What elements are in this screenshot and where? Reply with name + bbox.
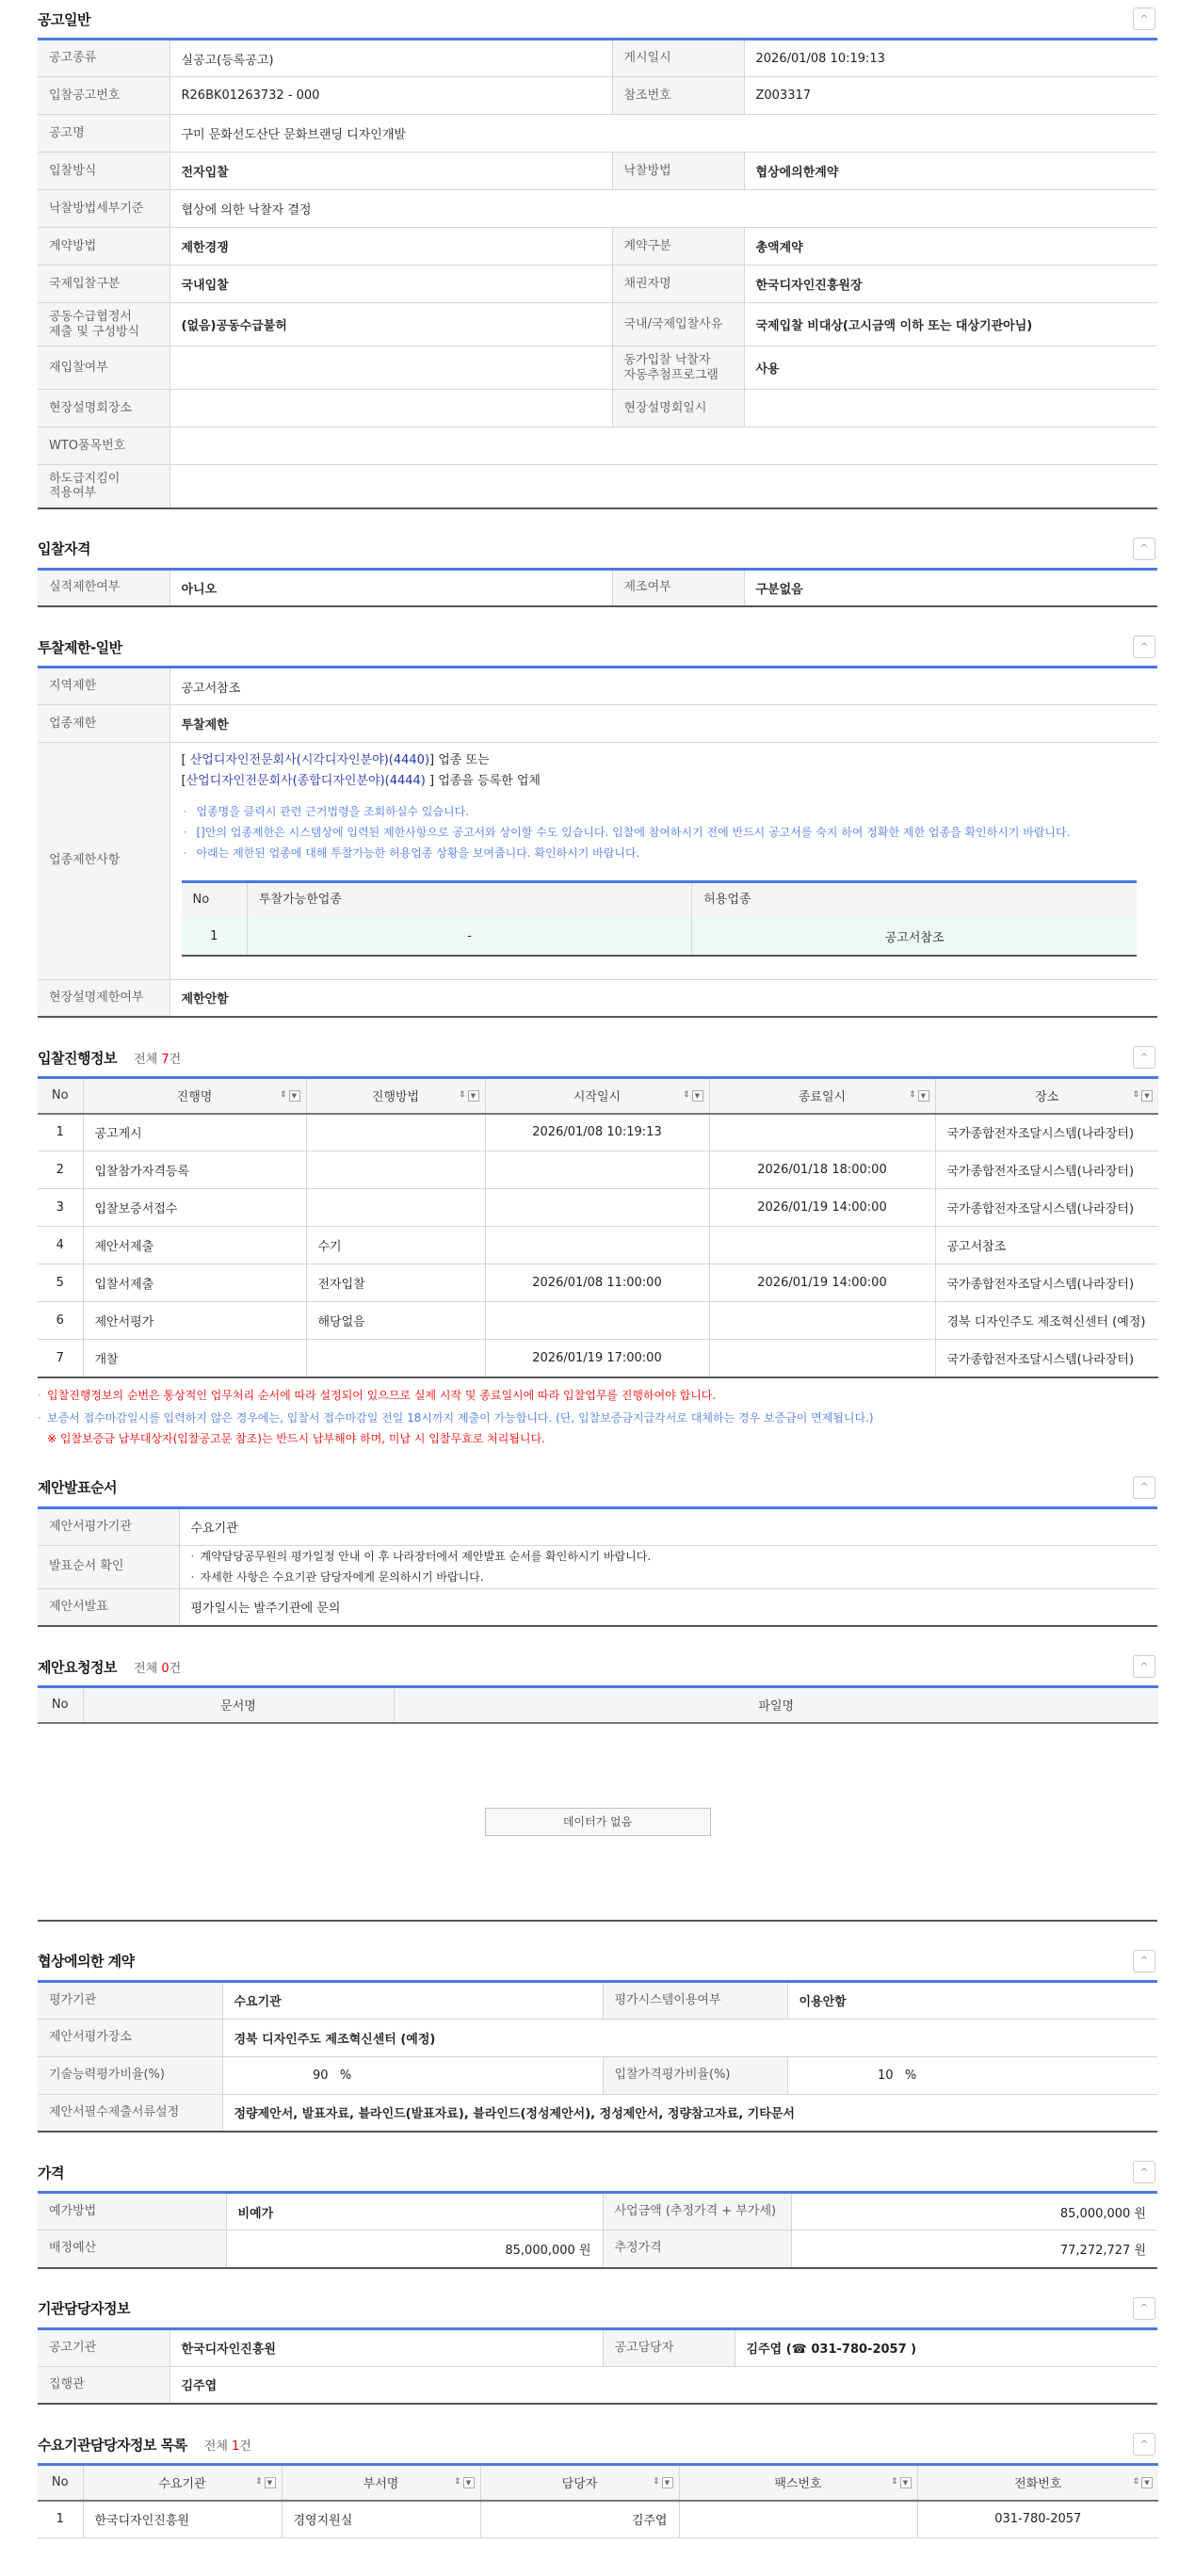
total-count: 전체 7건 bbox=[134, 1053, 181, 1067]
industry-link-4440[interactable]: 산업디자인전문회사(시각디자인분야)(4440) bbox=[190, 753, 429, 767]
info-row: 현장설명회장소현장설명회일시 bbox=[38, 390, 1157, 427]
collapse-toggle-button[interactable]: ^ bbox=[1133, 1476, 1155, 1499]
field-value: 구분없음 bbox=[744, 569, 1157, 606]
field-value: 수요기관 bbox=[222, 1981, 603, 2019]
table-cell: 7 bbox=[38, 1340, 83, 1377]
sort-icon[interactable]: ⇕ bbox=[683, 1091, 690, 1100]
section-progress: 입찰진행정보 전체 7건 ^ No진행명⇕▼진행방법⇕▼시작일시⇕▼종료일시⇕▼… bbox=[38, 1038, 1157, 1448]
sort-icon[interactable]: ⇕ bbox=[909, 1091, 916, 1100]
table-cell: 국가종합전자조달시스템(나라장터) bbox=[935, 1114, 1158, 1151]
sort-icon[interactable]: ⇕ bbox=[891, 2478, 898, 2487]
table-cell: 2026/01/08 10:19:13 bbox=[485, 1114, 709, 1151]
section-title: 가격 bbox=[38, 2163, 64, 2182]
field-value: 투찰제한 bbox=[170, 705, 1157, 743]
field-value: 사용 bbox=[744, 346, 1157, 390]
field-value: 수요기관 bbox=[179, 1507, 1157, 1545]
table-row: 1 - 공고서참조 bbox=[182, 918, 1138, 956]
column-header[interactable]: 장소⇕▼ bbox=[935, 1078, 1158, 1114]
field-label: 채권자명 bbox=[612, 266, 744, 303]
field-value: 이용안함 bbox=[787, 1981, 1157, 2019]
table-cell bbox=[306, 1114, 485, 1151]
field-label: 제안서평가기관 bbox=[38, 1507, 179, 1545]
field-value: 제한경쟁 bbox=[170, 228, 612, 266]
field-label: 입찰가격평가비율(%) bbox=[603, 2056, 787, 2094]
note-item: 업종명을 클릭시 관련 근거법령을 조회하실수 있습니다. bbox=[182, 801, 1147, 822]
field-label: 입찰공고번호 bbox=[38, 77, 170, 115]
field-label: 하도급지킴이 적용여부 bbox=[38, 465, 170, 508]
price-ratio-value: 10 bbox=[799, 2069, 894, 2083]
table-cell: 2026/01/18 18:00:00 bbox=[709, 1151, 935, 1189]
info-row: 하도급지킴이 적용여부 bbox=[38, 465, 1157, 508]
column-header: No bbox=[38, 1687, 83, 1723]
table-cell: 해당없음 bbox=[306, 1302, 485, 1340]
general-info-table: 공고종류실공고(등록공고)게시일시2026/01/08 10:19:13입찰공고… bbox=[38, 38, 1157, 509]
field-label: 계약방법 bbox=[38, 228, 170, 266]
column-header[interactable]: 수요기관⇕▼ bbox=[83, 2465, 282, 2501]
sort-controls[interactable]: ⇕▼ bbox=[454, 2477, 475, 2488]
filter-dropdown-icon[interactable]: ▼ bbox=[1141, 1090, 1153, 1102]
field-label: 발표순서 확인 bbox=[38, 1545, 179, 1588]
collapse-toggle-button[interactable]: ^ bbox=[1133, 1655, 1155, 1678]
industry-text: ] 업종을 등록한 업체 bbox=[426, 774, 541, 788]
table-cell: 수기 bbox=[306, 1227, 485, 1264]
info-row: 재입찰여부동가입찰 낙찰자 자동추첨프로그램사용 bbox=[38, 346, 1157, 390]
field-label: 입찰방식 bbox=[38, 153, 170, 190]
collapse-toggle-button[interactable]: ^ bbox=[1133, 1950, 1155, 1972]
chevron-up-icon: ^ bbox=[1140, 2439, 1148, 2450]
sort-controls[interactable]: ⇕▼ bbox=[1132, 1090, 1153, 1102]
warning-deposit: ※ 입찰보증금 납부대상자(입찰공고문 참조)는 반드시 납부해야 하며, 미납… bbox=[38, 1429, 1157, 1448]
filter-dropdown-icon[interactable]: ▼ bbox=[468, 1090, 479, 1102]
sort-controls[interactable]: ⇕▼ bbox=[683, 1090, 703, 1102]
empty-state-message: 데이터가 없음 bbox=[485, 1808, 711, 1836]
field-value bbox=[170, 427, 1157, 465]
section-presentation: 제안발표순서 ^ 제안서평가기관 수요기관 발표순서 확인 계약담당공무원의 평… bbox=[38, 1469, 1157, 1628]
field-value: 김주엽 (☎ 031-780-2057 ) bbox=[735, 2328, 1157, 2366]
chevron-up-icon: ^ bbox=[1140, 14, 1148, 24]
field-value: 실공고(등록공고) bbox=[170, 40, 612, 77]
field-label: 평가기관 bbox=[38, 1981, 222, 2019]
chevron-up-icon: ^ bbox=[1140, 1956, 1148, 1966]
sort-icon[interactable]: ⇕ bbox=[1132, 1091, 1139, 1100]
table-cell bbox=[485, 1189, 709, 1227]
table-row: 7개찰2026/01/19 17:00:00국가종합전자조달시스템(나라장터) bbox=[38, 1340, 1158, 1377]
allowed-industry-table: No 투찰가능한업종 허용업종 1 - 공고서참조 bbox=[182, 880, 1138, 957]
table-cell: 공고게시 bbox=[83, 1114, 306, 1151]
unit: % bbox=[905, 2069, 916, 2083]
table-cell: 2026/01/19 14:00:00 bbox=[709, 1264, 935, 1302]
collapse-toggle-button[interactable]: ^ bbox=[1133, 2297, 1155, 2320]
note-item: 계약담당공무원의 평가일정 안내 이 후 나라장터에서 제안발표 순서를 확인하… bbox=[191, 1546, 1147, 1567]
field-value: 85,000,000 원 bbox=[226, 2230, 603, 2268]
industry-text: ] 업종 또는 bbox=[429, 753, 490, 767]
column-header[interactable]: 전화번호⇕▼ bbox=[917, 2465, 1158, 2501]
section-qualification: 입찰자격 ^ 실적제한여부 아니오 제조여부 구분없음 bbox=[38, 530, 1157, 608]
sort-controls[interactable]: ⇕▼ bbox=[653, 2477, 673, 2488]
sort-controls[interactable]: ⇕▼ bbox=[1132, 2477, 1153, 2488]
field-label: 낙찰방법세부기준 bbox=[38, 190, 170, 228]
field-value: 공고서참조 bbox=[170, 668, 1157, 705]
field-label: 동가입찰 낙찰자 자동추첨프로그램 bbox=[612, 346, 744, 390]
section-title: 제안요청정보 bbox=[38, 1659, 117, 1676]
section-restriction: 투찰제한-일반 ^ 지역제한 공고서참조 업종제한 투찰제한 업종제한사항 [ … bbox=[38, 628, 1157, 1018]
table-cell: 3 bbox=[38, 1189, 83, 1227]
section-title: 기관담당자정보 bbox=[38, 2298, 130, 2318]
collapse-toggle-button[interactable]: ^ bbox=[1133, 636, 1155, 658]
collapse-toggle-button[interactable]: ^ bbox=[1133, 538, 1155, 560]
field-value: 제한안함 bbox=[170, 979, 1157, 1017]
field-label: 현장설명제한여부 bbox=[38, 979, 170, 1017]
section-title: 입찰진행정보 bbox=[38, 1050, 117, 1067]
column-header: 투찰가능한업종 bbox=[248, 882, 692, 918]
table-cell bbox=[306, 1151, 485, 1189]
note-item: []안의 업종제한은 시스템상에 입력된 제한사항으로 공고서와 상이할 수도 … bbox=[182, 822, 1147, 843]
field-value: 국제입찰 비대상(고시금액 이하 또는 대상기관아님) bbox=[744, 303, 1157, 346]
info-row: 공동수급협정서 제출 및 구성방식(없음)공동수급불허국내/국제입찰사유국제입찰… bbox=[38, 303, 1157, 346]
price-table: 예가방법 비예가 사업금액 (추정가격 + 부가세) 85,000,000 원 … bbox=[38, 2191, 1157, 2269]
total-count: 전체 1건 bbox=[204, 2439, 251, 2454]
field-label: 평가시스템이용여부 bbox=[603, 1981, 787, 2019]
table-row: 5입찰서제출전자입찰2026/01/08 11:00:002026/01/19 … bbox=[38, 1264, 1158, 1302]
table-row: 2입찰참가자격등록2026/01/18 18:00:00국가종합전자조달시스템(… bbox=[38, 1151, 1158, 1189]
table-cell: 입찰서제출 bbox=[83, 1264, 306, 1302]
restriction-notes: 업종명을 클릭시 관련 근거법령을 조회하실수 있습니다. []안의 업종제한은… bbox=[182, 801, 1147, 863]
field-label: 국내/국제입찰사유 bbox=[612, 303, 744, 346]
table-cell: 입찰참가자격등록 bbox=[83, 1151, 306, 1189]
field-label: 제조여부 bbox=[612, 569, 744, 606]
table-cell: 전자입찰 bbox=[306, 1264, 485, 1302]
field-label: 공고명 bbox=[38, 115, 170, 153]
presentation-table: 제안서평가기관 수요기관 발표순서 확인 계약담당공무원의 평가일정 안내 이 … bbox=[38, 1506, 1157, 1628]
table-cell: 김주엽 bbox=[480, 2501, 679, 2538]
section-agency: 기관담당자정보 ^ 공고기관 한국디자인진흥원 공고담당자 김주엽 (☎ 031… bbox=[38, 2290, 1157, 2406]
table-cell: 5 bbox=[38, 1264, 83, 1302]
table-cell: 4 bbox=[38, 1227, 83, 1264]
column-header: No bbox=[38, 1078, 83, 1114]
field-label: 계약구분 bbox=[612, 228, 744, 266]
table-cell bbox=[709, 1340, 935, 1377]
column-header[interactable]: 팩스번호⇕▼ bbox=[679, 2465, 917, 2501]
note-item: 자세한 사항은 수요기관 담당자에게 문의하시기 바랍니다. bbox=[191, 1567, 1147, 1587]
unit: % bbox=[340, 2069, 351, 2083]
sort-icon[interactable]: ⇕ bbox=[280, 1091, 287, 1100]
column-header[interactable]: 시작일시⇕▼ bbox=[485, 1078, 709, 1114]
cell-no: 1 bbox=[182, 918, 248, 956]
info-row: 입찰방식전자입찰낙찰방법협상에의한계약 bbox=[38, 153, 1157, 190]
agency-table: 공고기관 한국디자인진흥원 공고담당자 김주엽 (☎ 031-780-2057 … bbox=[38, 2327, 1157, 2406]
field-value: 김주엽 bbox=[170, 2366, 1157, 2404]
field-label: WTO품목번호 bbox=[38, 427, 170, 465]
field-label: 추정가격 bbox=[603, 2230, 791, 2268]
collapse-toggle-button[interactable]: ^ bbox=[1133, 8, 1155, 30]
table-cell: 국가종합전자조달시스템(나라장터) bbox=[935, 1264, 1158, 1302]
field-label: 제안서필수제출서류설정 bbox=[38, 2094, 222, 2132]
table-cell bbox=[485, 1227, 709, 1264]
sort-icon[interactable]: ⇕ bbox=[1132, 2478, 1139, 2487]
filter-dropdown-icon[interactable]: ▼ bbox=[662, 2477, 673, 2488]
table-cell: 개찰 bbox=[83, 1340, 306, 1377]
table-cell: 031-780-2057 bbox=[917, 2501, 1158, 2538]
column-header[interactable]: 진행방법⇕▼ bbox=[306, 1078, 485, 1114]
column-header: 파일명 bbox=[394, 1687, 1158, 1723]
demand-table: No수요기관⇕▼부서명⇕▼담당자⇕▼팩스번호⇕▼전화번호⇕▼ 1한국디자인진흥원… bbox=[38, 2463, 1158, 2538]
sort-icon[interactable]: ⇕ bbox=[454, 2478, 461, 2487]
field-value: 한국디자인진흥원장 bbox=[744, 266, 1157, 303]
info-row: 낙찰방법세부기준협상에 의한 낙찰자 결정 bbox=[38, 190, 1157, 228]
field-value: 정량제안서, 발표자료, 블라인드(발표자료), 블라인드(정성제안서), 정성… bbox=[222, 2094, 1157, 2132]
field-label: 배정예산 bbox=[38, 2230, 226, 2268]
chevron-up-icon: ^ bbox=[1140, 2303, 1148, 2313]
filter-dropdown-icon[interactable]: ▼ bbox=[289, 1090, 300, 1102]
table-cell: 2026/01/19 17:00:00 bbox=[485, 1340, 709, 1377]
field-value bbox=[744, 390, 1157, 427]
field-label: 공고담당자 bbox=[603, 2328, 735, 2366]
field-value: 협상에 의한 낙찰자 결정 bbox=[170, 190, 1157, 228]
sort-controls[interactable]: ⇕▼ bbox=[459, 1090, 479, 1102]
field-label: 제안서평가장소 bbox=[38, 2019, 222, 2056]
table-cell: 경북 디자인주도 제조혁신센터 (예정) bbox=[935, 1302, 1158, 1340]
column-header: No bbox=[38, 2465, 83, 2501]
table-cell: 국가종합전자조달시스템(나라장터) bbox=[935, 1340, 1158, 1377]
info-row: 공고종류실공고(등록공고)게시일시2026/01/08 10:19:13 bbox=[38, 40, 1157, 77]
phone-icon: ☎ bbox=[792, 2343, 807, 2357]
table-cell bbox=[679, 2501, 917, 2538]
field-label: 참조번호 bbox=[612, 77, 744, 115]
field-label: 제안서발표 bbox=[38, 1588, 179, 1626]
bracket-text: [ bbox=[182, 753, 190, 767]
field-label: 현장설명회일시 bbox=[612, 390, 744, 427]
filter-dropdown-icon[interactable]: ▼ bbox=[463, 2477, 475, 2488]
sort-controls[interactable]: ⇕▼ bbox=[255, 2477, 276, 2488]
column-header: 문서명 bbox=[83, 1687, 394, 1723]
table-cell bbox=[485, 1302, 709, 1340]
restriction-table: 지역제한 공고서참조 업종제한 투찰제한 업종제한사항 [ 산업디자인전문회사(… bbox=[38, 666, 1157, 1018]
section-title: 투찰제한-일반 bbox=[38, 637, 122, 657]
field-label: 공동수급협정서 제출 및 구성방식 bbox=[38, 303, 170, 346]
table-row: 3입찰보증서접수2026/01/19 14:00:00국가종합전자조달시스템(나… bbox=[38, 1189, 1158, 1227]
info-row: 계약방법제한경쟁계약구분총액계약 bbox=[38, 228, 1157, 266]
sort-controls[interactable]: ⇕▼ bbox=[280, 1090, 300, 1102]
table-row: 1한국디자인진흥원경영지원실김주엽031-780-2057 bbox=[38, 2501, 1158, 2538]
warning-blue: 보증서 접수마감일시를 입력하지 않은 경우에는, 입찰서 접수마감일 전일 1… bbox=[38, 1407, 1157, 1429]
column-header[interactable]: 진행명⇕▼ bbox=[83, 1078, 306, 1114]
field-label: 업종제한 bbox=[38, 705, 170, 743]
table-row: 4제안서제출수기공고서참조 bbox=[38, 1227, 1158, 1264]
column-header: 허용업종 bbox=[692, 882, 1137, 918]
field-label: 국제입찰구분 bbox=[38, 266, 170, 303]
cell-allowed: - bbox=[248, 918, 692, 956]
filter-dropdown-icon[interactable]: ▼ bbox=[900, 2477, 912, 2488]
column-header[interactable]: 부서명⇕▼ bbox=[282, 2465, 480, 2501]
filter-dropdown-icon[interactable]: ▼ bbox=[918, 1090, 929, 1102]
field-value: 77,272,727 원 bbox=[791, 2230, 1157, 2268]
sort-controls[interactable]: ⇕▼ bbox=[891, 2477, 912, 2488]
progress-warnings: 입찰진행정보의 순번은 통상적인 업무처리 순서에 따라 설정되어 있으므로 실… bbox=[38, 1384, 1157, 1448]
section-title: 제안발표순서 bbox=[38, 1477, 117, 1497]
field-label: 공고종류 bbox=[38, 40, 170, 77]
qualification-table: 실적제한여부 아니오 제조여부 구분없음 bbox=[38, 568, 1157, 608]
table-cell bbox=[306, 1189, 485, 1227]
section-price: 가격 ^ 예가방법 비예가 사업금액 (추정가격 + 부가세) 85,000,0… bbox=[38, 2153, 1157, 2269]
table-cell bbox=[306, 1340, 485, 1377]
filter-dropdown-icon[interactable]: ▼ bbox=[692, 1090, 703, 1102]
collapse-toggle-button[interactable]: ^ bbox=[1133, 1046, 1155, 1069]
field-label: 게시일시 bbox=[612, 40, 744, 77]
table-cell: 2026/01/19 14:00:00 bbox=[709, 1189, 935, 1227]
table-cell: 1 bbox=[38, 1114, 83, 1151]
field-label: 실적제한여부 bbox=[38, 569, 170, 606]
progress-table: No진행명⇕▼진행방법⇕▼시작일시⇕▼종료일시⇕▼장소⇕▼ 1공고게시2026/… bbox=[38, 1076, 1158, 1378]
warning-red: 입찰진행정보의 순번은 통상적인 업무처리 순서에 따라 설정되어 있으므로 실… bbox=[38, 1384, 1157, 1407]
table-cell: 한국디자인진흥원 bbox=[83, 2501, 282, 2538]
section-title: 입찰자격 bbox=[38, 539, 90, 558]
field-value: 평가일시는 발주기관에 문의 bbox=[179, 1588, 1157, 1626]
table-cell: 제안서제출 bbox=[83, 1227, 306, 1264]
field-label: 재입찰여부 bbox=[38, 346, 170, 390]
field-value: 85,000,000 원 bbox=[791, 2193, 1157, 2230]
field-label: 공고기관 bbox=[38, 2328, 170, 2366]
table-cell bbox=[485, 1151, 709, 1189]
tech-ratio-value: 90 bbox=[234, 2069, 329, 2083]
note-item: 아래는 제한된 업종에 대해 투찰가능한 허용업종 상황을 보여줍니다. 확인하… bbox=[182, 843, 1147, 863]
field-label: 예가방법 bbox=[38, 2193, 226, 2230]
table-cell: 공고서참조 bbox=[935, 1227, 1158, 1264]
table-row: 6제안서평가해당없음경북 디자인주도 제조혁신센터 (예정) bbox=[38, 1302, 1158, 1340]
section-title: 협상에의한 계약 bbox=[38, 1951, 135, 1971]
field-value: 협상에의한계약 bbox=[744, 153, 1157, 190]
sort-icon[interactable]: ⇕ bbox=[255, 2478, 263, 2487]
filter-dropdown-icon[interactable]: ▼ bbox=[265, 2477, 276, 2488]
table-cell: 경영지원실 bbox=[282, 2501, 480, 2538]
table-cell: 입찰보증서접수 bbox=[83, 1189, 306, 1227]
table-row: 1공고게시2026/01/08 10:19:13국가종합전자조달시스템(나라장터… bbox=[38, 1114, 1158, 1151]
field-label: 업종제한사항 bbox=[38, 743, 170, 980]
field-value: 총액계약 bbox=[744, 228, 1157, 266]
field-label: 사업금액 (추정가격 + 부가세) bbox=[603, 2193, 791, 2230]
chevron-up-icon: ^ bbox=[1140, 642, 1148, 652]
sort-icon[interactable]: ⇕ bbox=[653, 2478, 660, 2487]
table-cell: 국가종합전자조달시스템(나라장터) bbox=[935, 1189, 1158, 1227]
info-row: 국제입찰구분국내입찰채권자명한국디자인진흥원장 bbox=[38, 266, 1157, 303]
sort-controls[interactable]: ⇕▼ bbox=[909, 1090, 929, 1102]
field-value: 전자입찰 bbox=[170, 153, 612, 190]
sort-icon[interactable]: ⇕ bbox=[459, 1091, 466, 1100]
column-header[interactable]: 담당자⇕▼ bbox=[480, 2465, 679, 2501]
field-label: 기술능력평가비율(%) bbox=[38, 2056, 222, 2094]
table-cell: 국가종합전자조달시스템(나라장터) bbox=[935, 1151, 1158, 1189]
chevron-up-icon: ^ bbox=[1140, 1482, 1148, 1492]
column-header[interactable]: 종료일시⇕▼ bbox=[709, 1078, 935, 1114]
info-row: WTO품목번호 bbox=[38, 427, 1157, 465]
filter-dropdown-icon[interactable]: ▼ bbox=[1141, 2477, 1153, 2488]
field-label: 낙찰방법 bbox=[612, 153, 744, 190]
field-value: 아니오 bbox=[170, 569, 612, 606]
info-row: 공고명구미 문화선도산단 문화브랜딩 디자인개발 bbox=[38, 115, 1157, 153]
field-value: 구미 문화선도산단 문화브랜딩 디자인개발 bbox=[170, 115, 1157, 153]
info-row: 입찰공고번호R26BK01263732 - 000참조번호Z003317 bbox=[38, 77, 1157, 115]
section-request: 제안요청정보 전체 0건 ^ No 문서명 파일명 데이터가 없음 bbox=[38, 1648, 1157, 1922]
section-negotiation: 협상에의한 계약 ^ 평가기관 수요기관 평가시스템이용여부 이용안함 제안서평… bbox=[38, 1942, 1157, 2133]
field-value bbox=[170, 390, 612, 427]
table-cell: 2 bbox=[38, 1151, 83, 1189]
negotiation-table: 평가기관 수요기관 평가시스템이용여부 이용안함 제안서평가장소 경북 디자인주… bbox=[38, 1980, 1157, 2133]
table-cell: 제안서평가 bbox=[83, 1302, 306, 1340]
field-value: 2026/01/08 10:19:13 bbox=[744, 40, 1157, 77]
table-cell bbox=[709, 1302, 935, 1340]
chevron-up-icon: ^ bbox=[1140, 1053, 1148, 1063]
chevron-up-icon: ^ bbox=[1140, 1662, 1148, 1672]
field-value: 국내입찰 bbox=[170, 266, 612, 303]
chevron-up-icon: ^ bbox=[1140, 2167, 1148, 2178]
industry-link-4444[interactable]: 산업디자인전문회사(종합디자인분야)(4444) bbox=[186, 774, 426, 788]
field-value: (없음)공동수급불허 bbox=[170, 303, 612, 346]
table-cell bbox=[709, 1227, 935, 1264]
field-value bbox=[170, 346, 612, 390]
field-value: R26BK01263732 - 000 bbox=[170, 77, 612, 115]
field-value bbox=[170, 465, 1157, 508]
field-value: Z003317 bbox=[744, 77, 1157, 115]
section-demand: 수요기관담당자정보 목록 전체 1건 ^ No수요기관⇕▼부서명⇕▼담당자⇕▼팩… bbox=[38, 2425, 1157, 2538]
collapse-toggle-button[interactable]: ^ bbox=[1133, 2433, 1155, 2455]
field-label: 집행관 bbox=[38, 2366, 170, 2404]
table-cell bbox=[709, 1114, 935, 1151]
field-value: 경북 디자인주도 제조혁신센터 (예정) bbox=[222, 2019, 1157, 2056]
table-cell: 6 bbox=[38, 1302, 83, 1340]
table-cell: 2026/01/08 11:00:00 bbox=[485, 1264, 709, 1302]
field-label: 현장설명회장소 bbox=[38, 390, 170, 427]
section-title: 수요기관담당자정보 목록 bbox=[38, 2437, 187, 2454]
chevron-up-icon: ^ bbox=[1140, 543, 1148, 554]
table-cell: 1 bbox=[38, 2501, 83, 2538]
column-header: No bbox=[182, 882, 248, 918]
field-value: 비예가 bbox=[226, 2193, 603, 2230]
order-notes: 계약담당공무원의 평가일정 안내 이 후 나라장터에서 제안발표 순서를 확인하… bbox=[191, 1546, 1147, 1587]
total-count: 전체 0건 bbox=[134, 1662, 181, 1676]
section-general: 공고일반 ^ 공고종류실공고(등록공고)게시일시2026/01/08 10:19… bbox=[38, 0, 1157, 509]
section-title: 공고일반 bbox=[38, 9, 90, 29]
request-table: No 문서명 파일명 bbox=[38, 1685, 1158, 1724]
field-label: 지역제한 bbox=[38, 668, 170, 705]
cell-permitted: 공고서참조 bbox=[692, 918, 1137, 956]
field-value: 한국디자인진흥원 bbox=[170, 2328, 603, 2366]
collapse-toggle-button[interactable]: ^ bbox=[1133, 2161, 1155, 2183]
